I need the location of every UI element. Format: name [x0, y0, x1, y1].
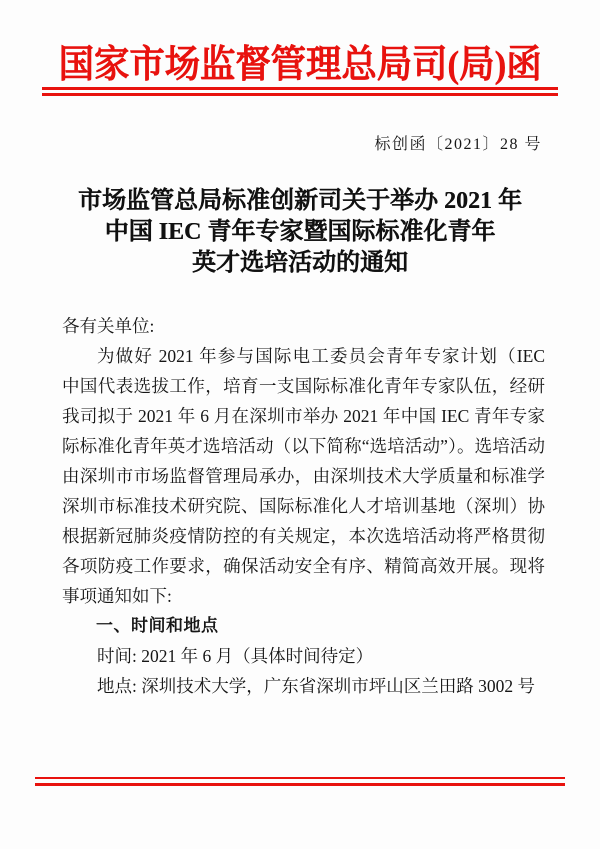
body-line: 事项通知如下: — [62, 581, 545, 611]
body-line: 为做好 2021 年参与国际电工委员会青年专家计划（IEC YP）的 — [62, 341, 545, 371]
notice-title: 市场监管总局标准创新司关于举办 2021 年 中国 IEC 青年专家暨国际标准化… — [0, 186, 600, 279]
body-line: 由深圳市市场监督管理局承办，由深圳技术大学质量和标准学院、 — [62, 461, 545, 491]
time-line: 时间: 2021 年 6 月（具体时间待定） — [62, 641, 545, 671]
header-rule-bottom-line — [42, 93, 558, 96]
notice-title-line-3: 英才选培活动的通知 — [0, 248, 600, 279]
body-line: 各项防疫工作要求，确保活动安全有序、精简高效开展。现将有关 — [62, 551, 545, 581]
body-line: 根据新冠肺炎疫情防控的有关规定，本次选培活动将严格贯彻落实 — [62, 521, 545, 551]
footer-double-rule — [35, 777, 565, 786]
salutation-line: 各有关单位: — [62, 311, 545, 341]
doc-reference-number: 标创函〔2021〕28 号 — [374, 131, 542, 154]
notice-title-line-1: 市场监管总局标准创新司关于举办 2021 年 — [0, 186, 600, 217]
body-line: 我司拟于 2021 年 6 月在深圳市举办 2021 年中国 IEC 青年专家暨… — [62, 401, 545, 431]
document-page: 国家市场监督管理总局司(局)函 标创函〔2021〕28 号 市场监管总局标准创新… — [0, 0, 600, 849]
body-line: 深圳市标准技术研究院、国际标准化人才培训基地（深圳）协办。 — [62, 491, 545, 521]
notice-title-line-2: 中国 IEC 青年专家暨国际标准化青年 — [0, 217, 600, 248]
footer-rule-bottom-line — [35, 783, 565, 786]
notice-body: 各有关单位: 为做好 2021 年参与国际电工委员会青年专家计划（IEC YP）… — [62, 311, 545, 701]
section-heading-time-place: 一、时间和地点 — [62, 611, 545, 641]
body-line: 际标准化青年英才选培活动（以下简称“选培活动”）。选培活动 — [62, 431, 545, 461]
letterhead-title: 国家市场监督管理总局司(局)函 — [21, 33, 579, 88]
header-double-rule — [42, 87, 558, 96]
location-line: 地点: 深圳技术大学，广东省深圳市坪山区兰田路 3002 号 — [62, 671, 545, 701]
body-line: 中国代表选拔工作，培育一支国际标准化青年专家队伍，经研究， — [62, 371, 545, 401]
